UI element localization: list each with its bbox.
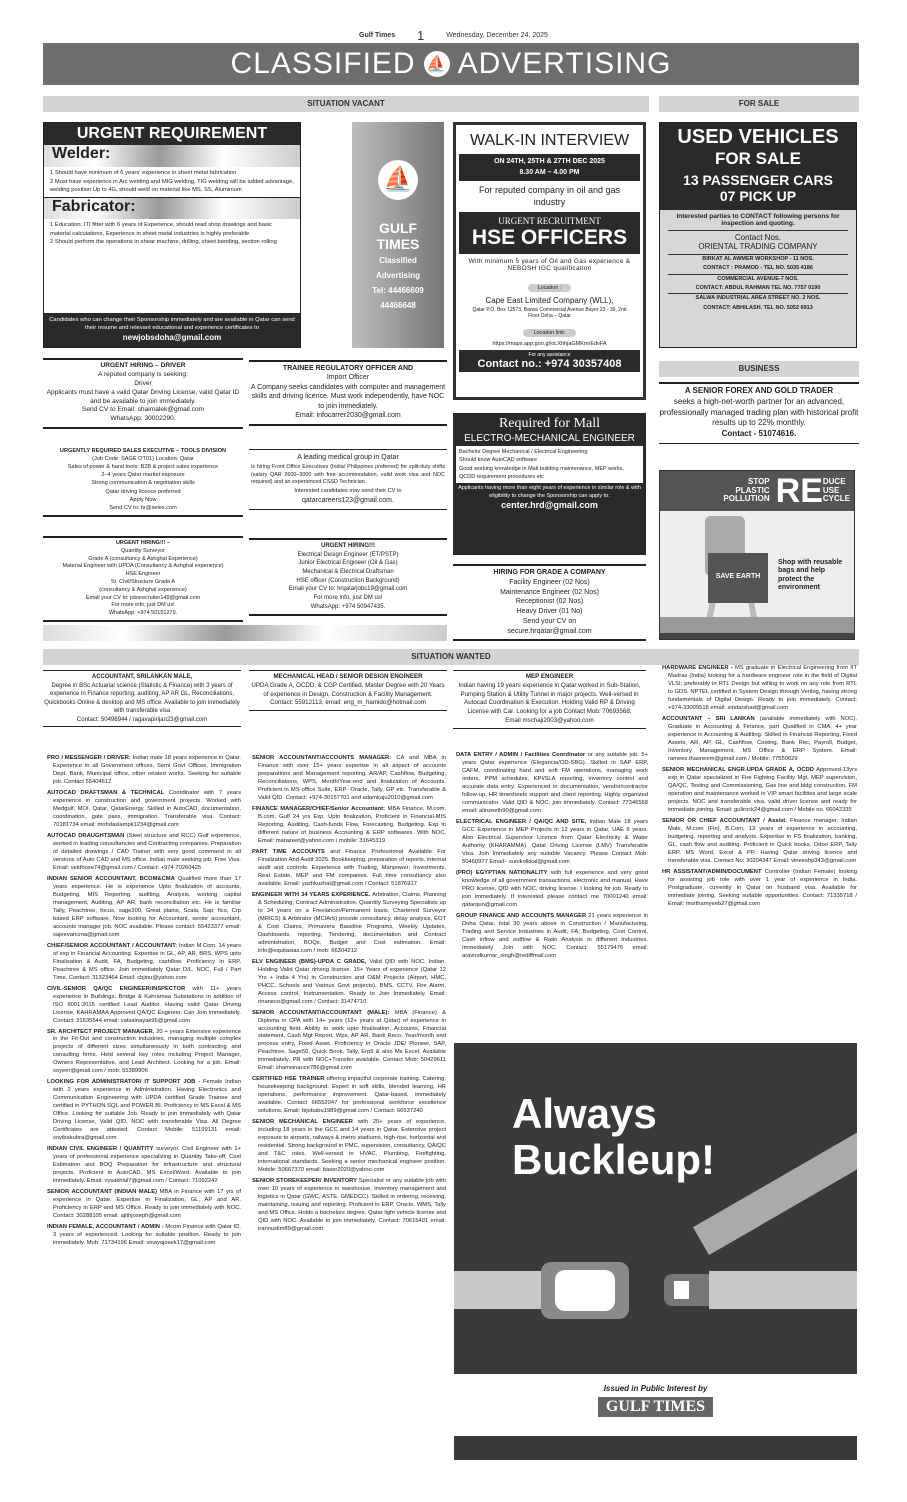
dhow-boat-icon: ⛵	[424, 51, 450, 77]
walkin-interview-ad: WALK-IN INTERVIEW ON 24TH, 25TH & 27TH D…	[453, 122, 646, 400]
sales-line: Sales of power & hand tools: B2B & proje…	[43, 463, 243, 471]
veh-loc-2: COMMERCIAL AVENUE-7 NOS.CONTACT: ABDUL R…	[668, 275, 848, 295]
listing-body: with 20+ years of experience, including …	[258, 1119, 446, 1173]
sales-title: URGENTLY REQUIRED SALES EXECUTIVE – TOOL…	[43, 447, 243, 455]
medical-l2: Interested candidates may send their CV …	[251, 488, 445, 496]
banner-right: ADVERTISING	[458, 47, 672, 81]
listing-body: Female Indian with 2 years experience in…	[53, 1079, 241, 1141]
listing-body: 21 years experience in Doha Qatar, total…	[462, 913, 648, 959]
listing-title: SENIOR ACCOUNTANT (INDIAN MALE)	[47, 1189, 157, 1195]
listing-title: INDIAN SENIOR ACCOUNTANT, BCOM&CMA	[47, 876, 175, 882]
mall-email: center.hrd@gmail.com	[456, 500, 643, 510]
wanted-title: ACCOUNTANT, SRILANKAN MALE,	[43, 673, 241, 682]
listing-body: CA and MBA in Finance with over 15+ year…	[258, 755, 446, 801]
listing: SENIOR STOREKEEPER/ INVENTORY Specialist…	[252, 1178, 446, 1234]
buckle-l2: Buckleup!	[512, 1137, 715, 1183]
elec-line: Mechanical & Electrical Draftsman	[249, 568, 447, 577]
location-link[interactable]: https://maps.app.goo.gl/oLXhhjaGMKmrEdvF…	[459, 341, 640, 347]
veh-intro: Interested parties to CONTACT following …	[668, 210, 848, 231]
ad-title: URGENT REQUIREMENT	[44, 123, 300, 145]
wanted-contact: Email mschaji2003@yahoo.com	[453, 717, 646, 726]
grade-a-line: Maintenance Engineer (02 Nos)	[453, 588, 646, 598]
driver-whatsapp: WhatsApp: 30002290.	[43, 415, 243, 424]
trainee-ad: TRAINEE REGULATORY OFFICER AND Import Of…	[249, 360, 447, 426]
walkin-role: HSE OFFICERS	[461, 226, 638, 250]
elec-line: Junior Electrical Engineer (Oil & Gas)	[249, 559, 447, 568]
wanted-column-1: PRO / MESSENGER / DRIVER: Indian male 18…	[47, 755, 241, 1251]
listing-title: ACCOUNTANT – SRI LANKAN	[662, 716, 755, 722]
loc-contact: CONTACT : PRAMOD - TEL NO. 5035 4186	[668, 264, 848, 273]
listing: CHIEF/SENIOR ACCOUNTANT / ACCOUNTANT: In…	[47, 943, 241, 983]
belt-right	[709, 1271, 857, 1309]
belt-tongue	[664, 1274, 710, 1306]
veh-loc-3: SALWA INDUSTRIAL AREA STREET NO. 2 NOS.C…	[664, 294, 852, 313]
gt-tel2: 44466648	[352, 301, 444, 310]
listing: CIVIL-SENIOR QA/QC ENGINEER/INSPECTOR wi…	[47, 986, 241, 1026]
buckle-frame	[541, 1262, 629, 1319]
driver-l3: Applicants must have a valid Qatar Drivi…	[43, 389, 243, 407]
qs-line: Material Engineer with UPDA (Consultancy…	[43, 563, 243, 571]
wanted-title: MEP ENGINEER	[453, 673, 646, 682]
belt-left	[454, 1271, 542, 1309]
buckleup-headline: Always Buckleup!	[512, 1091, 715, 1183]
listing: ACCOUNTANT – SRI LANKAN (available immed…	[662, 716, 857, 764]
gt-line4: Advertising	[352, 271, 444, 280]
email-link[interactable]: newjobsdoha@gmail.com	[123, 333, 221, 342]
listing-title: (PRO) EGYPTIAN NATIONALITY	[456, 870, 548, 876]
mall-engineer-ad: Required for Mall ELECTRO-MECHANICAL ENG…	[453, 413, 646, 555]
listing: HR ASSISTANT/ADMIN/DOCUMENT Controller (…	[662, 869, 857, 909]
qs-line: Grade A (consultancy & Ashghal Experienc…	[43, 556, 243, 564]
listing: SENIOR OR CHIEF ACCOUNTANT / Assist. Fin…	[662, 818, 857, 866]
listing-body: Finance manager, Indian Male, M.com (Fin…	[668, 818, 857, 864]
buckle-l1: Always	[512, 1091, 715, 1137]
electrical-engineer-ad: URGENT HIRING!!! Electrical Design Engin…	[249, 538, 447, 616]
veh-loc-1: BIRKAT AL AWMER WORKSHOP - 11 NOS.CONTAC…	[668, 255, 848, 275]
grade-a-line: Heavy Driver (01 No)	[453, 607, 646, 617]
wanted-mep-engineer: MEP ENGINEER Indian having 19 years expe…	[453, 670, 646, 729]
listing-title: SENIOR ACCOUNTANT/ACCOUNTANT (MALE):	[252, 1010, 389, 1016]
listing-title: INDIAN CIVIL ENGINEER / QUANTITY	[47, 1146, 154, 1152]
listing: AUTOCAD DRAFTSMAN & TECHNICAL Coordinato…	[47, 790, 241, 830]
grade-a-line: Send your CV on	[453, 617, 646, 627]
gt-line3: Classified	[352, 256, 444, 265]
walkin-company: Cape East Limited Company (WLL),	[459, 296, 640, 305]
walkin-for: For reputed company in oil and gas indus…	[469, 185, 630, 208]
mall-item: Should know AutoCAD software	[459, 456, 640, 464]
driver-ad: URGENT HIRING – DRIVER A reputed company…	[43, 358, 243, 429]
ground-strip	[660, 617, 854, 639]
grade-a-line: Receptionist (02 Nos)	[453, 597, 646, 607]
page-number: 1	[417, 28, 424, 43]
loc-place: SALWA INDUSTRIAL AREA STREET NO. 2 NOS.	[664, 294, 852, 303]
gradient-strip	[43, 625, 447, 641]
loc-place: BIRKAT AL AWMER WORKSHOP - 11 NOS.	[668, 255, 848, 264]
walkin-time: 8.30 AM – 4.00 PM	[462, 168, 637, 179]
veh-l3: 13 PASSENGER CARS	[660, 172, 856, 188]
paper-name: Gulf Times	[359, 32, 395, 39]
qs-line: HSE Engineer	[43, 571, 243, 579]
listing: SENIOR ACCOUNTANT/ACCOUNTANT (MALE): MBA…	[252, 1010, 446, 1074]
elec-line: HSE officer (Construction Background)	[249, 577, 447, 586]
forex-body: seeks a high-net-worth partner for an ad…	[659, 397, 859, 429]
driver-title: URGENT HIRING – DRIVER	[43, 362, 243, 371]
listing-title: SENIOR OR CHIEF ACCOUNTANT / Assist.	[662, 818, 787, 824]
medical-title: A leading medical group in Qatar	[251, 453, 445, 462]
listing-title: ELECTRICAL ENGINEER / QA/QC AND SITE,	[456, 819, 586, 825]
wanted-mechanical-head: MECHANICAL HEAD / SENIOR DESIGN ENGINEER…	[249, 670, 447, 711]
qs-line: (consultancy & Ashghal experience)	[43, 587, 243, 595]
section-header-for-sale: FOR SALE	[659, 96, 859, 112]
listing-title: LOOKING FOR ADMINISTRATOR/ IT SUPPORT JO…	[47, 1079, 200, 1085]
qs-line: For more info, just DM us!	[43, 602, 243, 610]
walkin-contact: Contact no.: +974 30357408	[461, 358, 638, 370]
listing-title: CHIEF/SENIOR ACCOUNTANT / ACCOUNTANT:	[47, 943, 177, 949]
listing-body: Indian Male 18 years GCC Experience in M…	[462, 819, 648, 865]
section-header-wanted: SITUATION WANTED	[43, 649, 859, 665]
sales-line: (Job Code: SAGE OT01) Location: Qatar	[43, 455, 243, 463]
listing-body: or any suitable job. 5+ years Qatar expe…	[462, 752, 648, 814]
listing: ELV ENGINEER (BMS)-UPDA C GRADE, Valid Q…	[252, 959, 446, 1007]
walkin-dates: ON 24TH, 25TH & 27TH DEC 2025	[462, 157, 637, 168]
listing-title: SENIOR MECHANICAL ENGR-UPDA GRADE A, OCD…	[662, 767, 814, 773]
welder-item: 1 Should have minimum of 6 years' experi…	[50, 169, 294, 178]
listing-body: Approved-13yrs exp in Qatar specialized …	[668, 767, 857, 813]
listing: AUTOCAD DRAUGHTSMAN (Steel structure and…	[47, 833, 241, 873]
qs-line: Quantity Surveyor	[43, 548, 243, 556]
welder-item: 2 Must have experience in Arc welding an…	[50, 178, 294, 195]
forex-title: A SENIOR FOREX AND GOLD TRADER	[659, 386, 859, 397]
elec-line: Electrical Design Engineer (ET/PSTP)	[249, 551, 447, 560]
trainee-title: TRAINEE REGULATORY OFFICER AND	[249, 364, 447, 373]
location-label: Location :	[528, 284, 572, 292]
listing-title: CIVIL-SENIOR QA/QC ENGINEER/INSPECTOR	[47, 986, 185, 992]
veh-l1: USED VEHICLES	[660, 126, 856, 149]
classified-banner: CLASSIFIED ⛵ ADVERTISING	[43, 43, 859, 85]
section-header-business: BUSINESS	[659, 361, 859, 377]
listing-title: SENIOR STOREKEEPER/ INVENTORY	[252, 1178, 357, 1184]
gt-line2: TIMES	[352, 236, 444, 252]
listing-body: Specialist or any suitable job with over…	[258, 1178, 446, 1232]
trainee-email: Email: infocarrer2030@gmail.com	[249, 411, 447, 420]
location-link-label: Location link:	[523, 329, 575, 337]
quantity-surveyor-ad: URGENT HIRING!!! – Quantity Surveyor Gra…	[43, 536, 243, 622]
wanted-accountant-srilankan: ACCOUNTANT, SRILANKAN MALE, Degree in BS…	[43, 670, 241, 727]
mall-title: Required for Mall	[456, 416, 643, 432]
medical-email: qatarcareers123@gmail.com.	[251, 496, 445, 505]
listing-title: SR. ARCHITECT PROJECT MANAGER.	[47, 1029, 154, 1035]
qs-line: Email your CV to: jobsrecruiter149@gmail…	[43, 595, 243, 603]
dhow-boat-icon: ⛵	[378, 160, 418, 200]
listing: SENIOR ACCOUNTANT/ACCOUNTS MANAGER: CA a…	[252, 755, 446, 803]
sales-line: Send CV to: hr@selex.com	[43, 504, 243, 512]
listing: ELECTRICAL ENGINEER / QA/QC AND SITE, In…	[456, 819, 648, 867]
wanted-title: MECHANICAL HEAD / SENIOR DESIGN ENGINEER	[249, 673, 447, 682]
plastic-tagline: Shop with reusable bags and help protect…	[778, 559, 848, 593]
qs-line: URGENT HIRING!!! –	[43, 540, 243, 548]
cycle-text: CYCLE	[823, 495, 850, 504]
grade-a-line: Facility Engineer (02 Nos)	[453, 578, 646, 588]
walkin-title: WALK-IN INTERVIEW	[459, 132, 640, 150]
banner-left: CLASSIFIED	[231, 47, 416, 81]
urgent-requirement-ad: URGENT REQUIREMENT Welder: 1 Should have…	[43, 122, 301, 348]
listing-title: PART TIME ACCOUNTS	[252, 849, 325, 855]
listing: PART TIME ACCOUNTS and Finance Professio…	[252, 849, 446, 889]
driver-l2: Driver	[43, 380, 243, 389]
pollution-text: POLLUTION	[723, 495, 769, 504]
elec-line: Email your CV to: hrqatarjobs19@gmail.co…	[249, 585, 447, 594]
listing: HARDWARE ENGINEER - MS graduate in Elect…	[662, 665, 857, 713]
grade-a-company-ad: HIRING FOR GRADE A COMPANY Facility Engi…	[453, 564, 646, 641]
veh-l2: FOR SALE	[660, 149, 856, 169]
elec-line: URGENT HIRING!!!	[249, 542, 447, 551]
wanted-body: Indian having 19 years experience in Qat…	[453, 682, 646, 717]
issued-by: Issued in Public Interest by	[454, 1384, 857, 1393]
sales-line: Apply Now	[43, 496, 243, 504]
fabricator-heading: Fabricator:	[44, 197, 300, 219]
listing-title: CERTIFIED HSE TRAINER	[252, 1076, 324, 1082]
issue-date: Wednesday, December 24, 2025	[446, 32, 548, 39]
fabricator-item: 1 Education: ITI fitter with 6 years of …	[50, 221, 294, 238]
listing-title: AUTOCAD DRAUGHTSMAN	[47, 833, 124, 839]
listing-body: Arbitration, Claims, Planning & Scheduli…	[258, 892, 446, 954]
listing-title: DATA ENTRY / ADMIN / Facilities Coordina…	[456, 752, 585, 758]
listing: INDIAN SENIOR ACCOUNTANT, BCOM&CMA Quali…	[47, 876, 241, 940]
elec-line: For more info, just DM us!	[249, 594, 447, 603]
wanted-contact: Contact: 50496944 / ragavapirijan23@gmai…	[43, 716, 241, 725]
listing-title: ENGINEER WITH 34 YEARS EXPERIENCE.	[252, 892, 370, 898]
listing-title: INDIAN FEMALE, ACCOUNTANT / ADMIN -	[47, 1224, 164, 1230]
listing: ENGINEER WITH 34 YEARS EXPERIENCE. Arbit…	[252, 892, 446, 956]
gulf-times-classified-box: ⛵ GULF TIMES Classified Advertising Tel:…	[352, 122, 444, 348]
forex-contact: Contact - 51074616.	[659, 429, 859, 440]
walkin-urgent: URGENT RECRUITMENT	[461, 216, 638, 226]
grade-a-title: HIRING FOR GRADE A COMPANY	[453, 568, 646, 578]
wanted-contact: Contact: 55912113, email: eng_m_hamido@h…	[249, 699, 447, 708]
mall-role: ELECTRO-MECHANICAL ENGINEER	[456, 433, 643, 444]
wanted-column-3: DATA ENTRY / ADMIN / Facilities Coordina…	[456, 752, 648, 964]
listing-title: HARDWARE ENGINEER -	[662, 665, 733, 671]
sales-exec-ad: URGENTLY REQUIRED SALES EXECUTIVE – TOOL…	[43, 447, 243, 517]
gt-tel: Tel: 44466609	[352, 286, 444, 295]
public-interest-footer: Issued in Public Interest by GULF TIMES	[454, 1374, 857, 1436]
veh-company: ORIENTAL TRADING COMPANY	[668, 242, 848, 255]
listing: INDIAN CIVIL ENGINEER / QUANTITY surveyo…	[47, 1146, 241, 1186]
loc-place: COMMERCIAL AVENUE-7 NOS.	[668, 275, 848, 284]
listing: PRO / MESSENGER / DRIVER: Indian male 18…	[47, 755, 241, 787]
listing-title: SENIOR MECHANICAL ENGINEER	[252, 1119, 353, 1125]
listing-title: SENIOR ACCOUNTANT/ACCOUNTS MANAGER:	[252, 755, 391, 761]
listing-body: Qualified more than 17 years experience.…	[53, 876, 241, 938]
listing: SR. ARCHITECT PROJECT MANAGER. 20 + year…	[47, 1029, 241, 1077]
qs-line: WhatsApp: +974 50151279.	[43, 610, 243, 618]
listing: SENIOR ACCOUNTANT (INDIAN MALE) MBA in F…	[47, 1189, 241, 1221]
listing: LOOKING FOR ADMINISTRATOR/ IT SUPPORT JO…	[47, 1079, 241, 1143]
driver-email: Send CV to Email: shaimalek@gmail.com	[43, 406, 243, 415]
section-header-vacant: SITUATION VACANT	[43, 96, 649, 112]
mall-item: Good working knowledge in Mall building …	[459, 465, 640, 482]
listing-body: MBA (Finance) & Diploma in CPA with 14+ …	[258, 1010, 446, 1072]
always-buckleup-ad: Always Buckleup! Issued in Public Intere…	[454, 1043, 857, 1460]
listing: SENIOR MECHANICAL ENGINEER with 20+ year…	[252, 1119, 446, 1175]
listing-body: Valid QID with NOC. Indian. Holding Vali…	[258, 959, 446, 1005]
sales-line: Qatar driving licence preferred	[43, 488, 243, 496]
belt-shoulder	[693, 1132, 857, 1255]
listing: INDIAN FEMALE, ACCOUNTANT / ADMIN - Mcom…	[47, 1224, 241, 1248]
medical-group-ad: A leading medical group in Qatar is hiri…	[249, 449, 447, 510]
re-text: RE	[776, 474, 823, 508]
plastic-pollution-ad: STOPPLASTICPOLLUTION RE DUCEUSECYCLE SAV…	[659, 470, 855, 640]
listing: (PRO) EGYPTIAN NATIONALITY with full exp…	[456, 870, 648, 910]
elec-line: WhatsApp: +974 50947435.	[249, 603, 447, 612]
listing-body: (available immediately with NOC). Gradua…	[668, 716, 857, 762]
listing-title: FINANCE MANAGER/CHIEF/Senior Accountant:	[252, 806, 385, 812]
loc-contact: CONTACT: ABDUL RAHMAN TEL NO. 7757 0190	[668, 284, 848, 293]
wanted-column-4: HARDWARE ENGINEER - MS graduate in Elect…	[662, 665, 857, 912]
veh-l4: 07 PICK UP	[660, 188, 856, 204]
forex-trader-ad: A SENIOR FOREX AND GOLD TRADER seeks a h…	[659, 382, 859, 444]
footer-text: Candidates who can change their Sponsors…	[49, 317, 295, 331]
walkin-address: Qatar P.O. Box 12573, Barwa Commercial A…	[467, 307, 632, 319]
welder-heading: Welder:	[44, 145, 300, 167]
sales-line: 2–4 years Qatar market exposure	[43, 471, 243, 479]
listing-title: HR ASSISTANT/ADMIN/DOCUMENT	[662, 869, 762, 875]
listing: CERTIFIED HSE TRAINER offering impactful…	[252, 1076, 446, 1116]
mall-item: Bachelor Degree Mechanical / Electrical …	[459, 448, 640, 456]
mall-footer: Applicants having more than eight years …	[456, 485, 643, 500]
wanted-body: UPDA Grade A, OCDD, & CGP Certified. Mas…	[249, 682, 447, 700]
loc-contact: CONTACT: ABHILASH. TEL NO. 5052 6913	[664, 304, 852, 313]
walkin-req: With minimum 5 years of Oil and Gas expe…	[459, 258, 640, 272]
sales-line: Strong communication & negotiation skill…	[43, 479, 243, 487]
qs-line: Sr. Civil/Structure Grade A	[43, 579, 243, 587]
wanted-column-2: SENIOR ACCOUNTANT/ACCOUNTS MANAGER: CA a…	[252, 755, 446, 1237]
listing-title: GROUP FINANCE AND ACCOUNTS MANAGER	[456, 913, 586, 919]
listing: GROUP FINANCE AND ACCOUNTS MANAGER 21 ye…	[456, 913, 648, 961]
listing-title: AUTOCAD DRAFTSMAN & TECHNICAL	[47, 790, 164, 796]
trainee-l1: Import Officer	[249, 373, 447, 382]
listing-body: 20 + years Extensive experience in the F…	[53, 1029, 241, 1075]
listing: FINANCE MANAGER/CHIEF/Senior Accountant:…	[252, 806, 446, 846]
fabricator-item: 2 Should perform the operations in shear…	[50, 238, 294, 247]
trainee-l2: A Company seeks candidates with computer…	[249, 383, 447, 411]
listing-title: PRO / MESSENGER / DRIVER:	[47, 755, 131, 761]
listing-body: MS graduate in Electrical Engineering fr…	[668, 665, 857, 711]
medical-body: is hiring Front Office Executives (India…	[251, 464, 445, 486]
listing-title: ELV ENGINEER (BMS)-UPDA C GRADE,	[252, 959, 366, 965]
gulf-times-logo: GULF TIMES	[598, 1397, 713, 1417]
urgent-footer: Candidates who can change their Sponsors…	[44, 313, 300, 347]
listing: DATA ENTRY / ADMIN / Facilities Coordina…	[456, 752, 648, 816]
driver-l1: A reputed company is seeking:	[43, 371, 243, 380]
save-earth-bag: SAVE EARTH	[708, 553, 768, 603]
wanted-body: Degree in BSc Actuarial science (Statist…	[43, 682, 241, 716]
listing: SENIOR MECHANICAL ENGR-UPDA GRADE A, OCD…	[662, 767, 857, 815]
masthead: Gulf Times 1 Wednesday, December 24, 202…	[0, 28, 907, 43]
used-vehicles-ad: USED VEHICLES FOR SALE 13 PASSENGER CARS…	[659, 122, 857, 348]
gt-line1: GULF	[352, 220, 444, 236]
veh-contact-nos: Contact Nos.	[660, 233, 856, 242]
grade-a-line: secure.hrqatar@gmail.com	[453, 627, 646, 637]
